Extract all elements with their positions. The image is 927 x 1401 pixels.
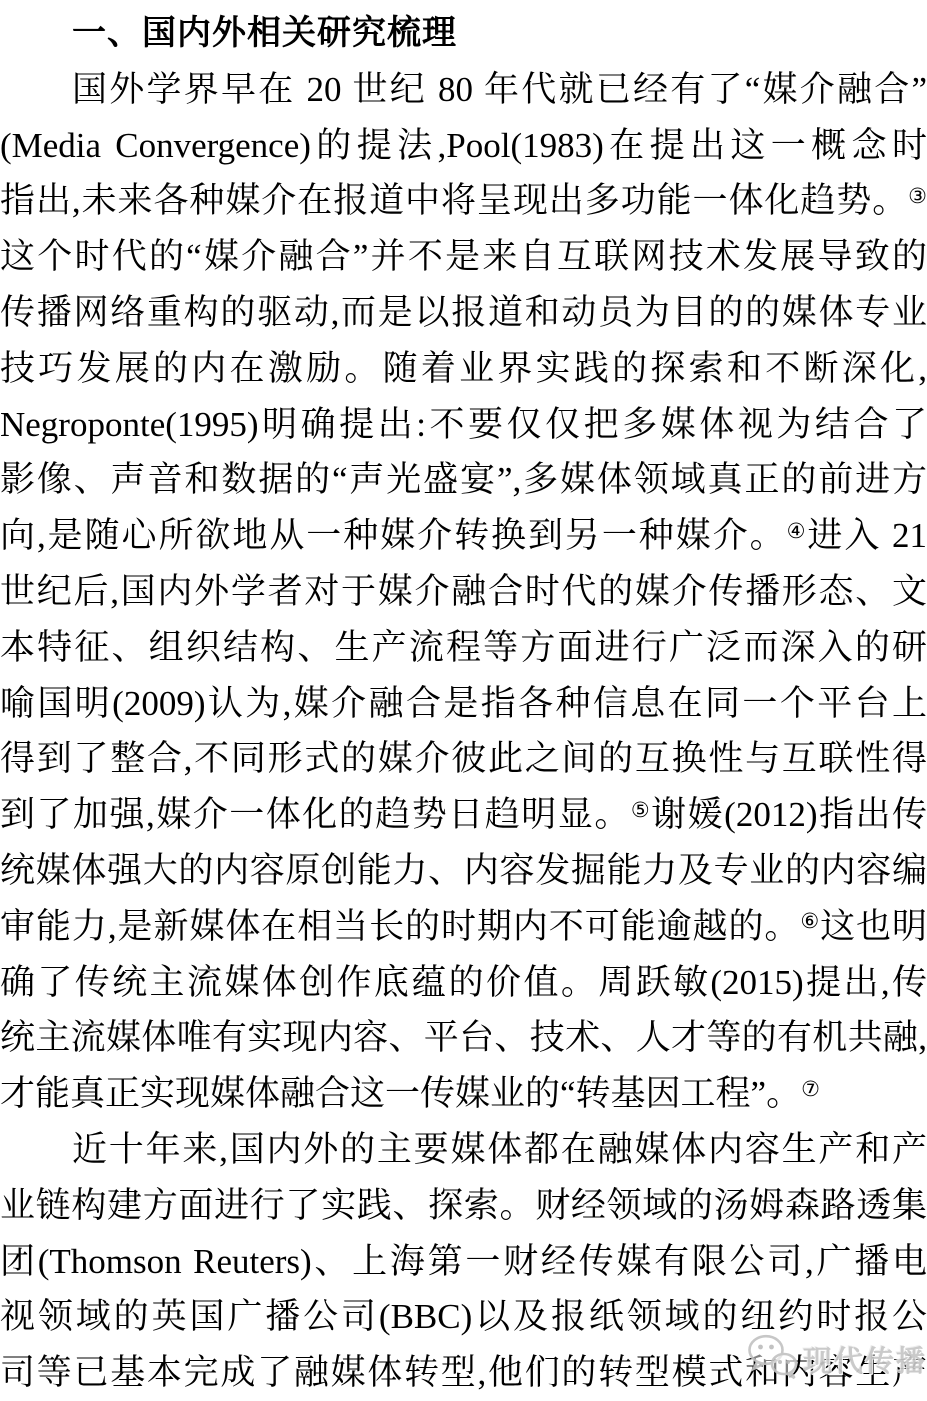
- text-line: 审能力,是新媒体在相当长的时期内不可能逾越的。⑥这也明: [0, 899, 927, 955]
- text-line: 世纪后,国内外学者对于媒介融合时代的媒介传播形态、文: [0, 564, 927, 620]
- text-line: (Media Convergence)的提法,Pool(1983)在提出这一概念…: [0, 118, 927, 174]
- text-line: 传播网络重构的驱动,而是以报道和动员为目的的媒体专业: [0, 285, 927, 341]
- article-content: 一、国内外相关研究梳理 国外学界早在 20 世纪 80 年代就已经有了“媒介融合…: [0, 0, 927, 1401]
- text-line: 才能真正实现媒体融合这一传媒业的“转基因工程”。⑦: [0, 1066, 927, 1122]
- paragraph: 近十年来,国内外的主要媒体都在融媒体内容生产和产业链构建方面进行了实践、探索。财…: [0, 1122, 927, 1401]
- text-line: 视领域的英国广播公司(BBC)以及报纸领域的纽约时报公: [0, 1289, 927, 1345]
- text-line: Negroponte(1995)明确提出:不要仅仅把多媒体视为结合了: [0, 397, 927, 453]
- text-line: 指出,未来各种媒介在报道中将呈现出多功能一体化趋势。③: [0, 173, 927, 229]
- text-line: 近十年来,国内外的主要媒体都在融媒体内容生产和产: [0, 1122, 927, 1178]
- text-line: 这个时代的“媒介融合”并不是来自互联网技术发展导致的: [0, 229, 927, 285]
- text-line: 影像、声音和数据的“声光盛宴”,多媒体领域真正的前进方: [0, 452, 927, 508]
- footnote-marker: ⑦: [801, 1077, 820, 1101]
- footnote-marker: ③: [908, 184, 927, 208]
- paragraph: 国外学界早在 20 世纪 80 年代就已经有了“媒介融合”(Media Conv…: [0, 62, 927, 1122]
- footnote-marker: ⑤: [631, 798, 651, 822]
- text-line: 团(Thomson Reuters)、上海第一财经传媒有限公司,广播电: [0, 1234, 927, 1290]
- text-line: 统主流媒体唯有实现内容、平台、技术、人才等的有机共融,: [0, 1010, 927, 1066]
- text-line: 喻国明(2009)认为,媒介融合是指各种信息在同一个平台上: [0, 676, 927, 732]
- footnote-marker: ④: [787, 519, 808, 543]
- footnote-marker: ⑥: [800, 909, 820, 933]
- text-line: 国外学界早在 20 世纪 80 年代就已经有了“媒介融合”: [0, 62, 927, 118]
- text-line: 确了传统主流媒体创作底蕴的价值。周跃敏(2015)提出,传: [0, 955, 927, 1011]
- text-line: 业链构建方面进行了实践、探索。财经领域的汤姆森路透集: [0, 1178, 927, 1234]
- document-page: 一、国内外相关研究梳理 国外学界早在 20 世纪 80 年代就已经有了“媒介融合…: [0, 0, 927, 1401]
- text-line: 向,是随心所欲地从一种媒介转换到另一种媒介。④进入 21: [0, 508, 927, 564]
- text-line: 技巧发展的内在激励。随着业界实践的探索和不断深化,: [0, 341, 927, 397]
- text-line: 统媒体强大的内容原创能力、内容发掘能力及专业的内容编: [0, 843, 927, 899]
- text-line: 司等已基本完成了融媒体转型,他们的转型模式和内容生产: [0, 1345, 927, 1401]
- text-line: 得到了整合,不同形式的媒介彼此之间的互换性与互联性得: [0, 731, 927, 787]
- text-line: 到了加强,媒介一体化的趋势日趋明显。⑤谢媛(2012)指出传: [0, 787, 927, 843]
- text-line: 本特征、组织结构、生产流程等方面进行广泛而深入的研究。: [0, 620, 927, 676]
- article-body: 国外学界早在 20 世纪 80 年代就已经有了“媒介融合”(Media Conv…: [0, 62, 927, 1401]
- section-heading: 一、国内外相关研究梳理: [0, 6, 927, 62]
